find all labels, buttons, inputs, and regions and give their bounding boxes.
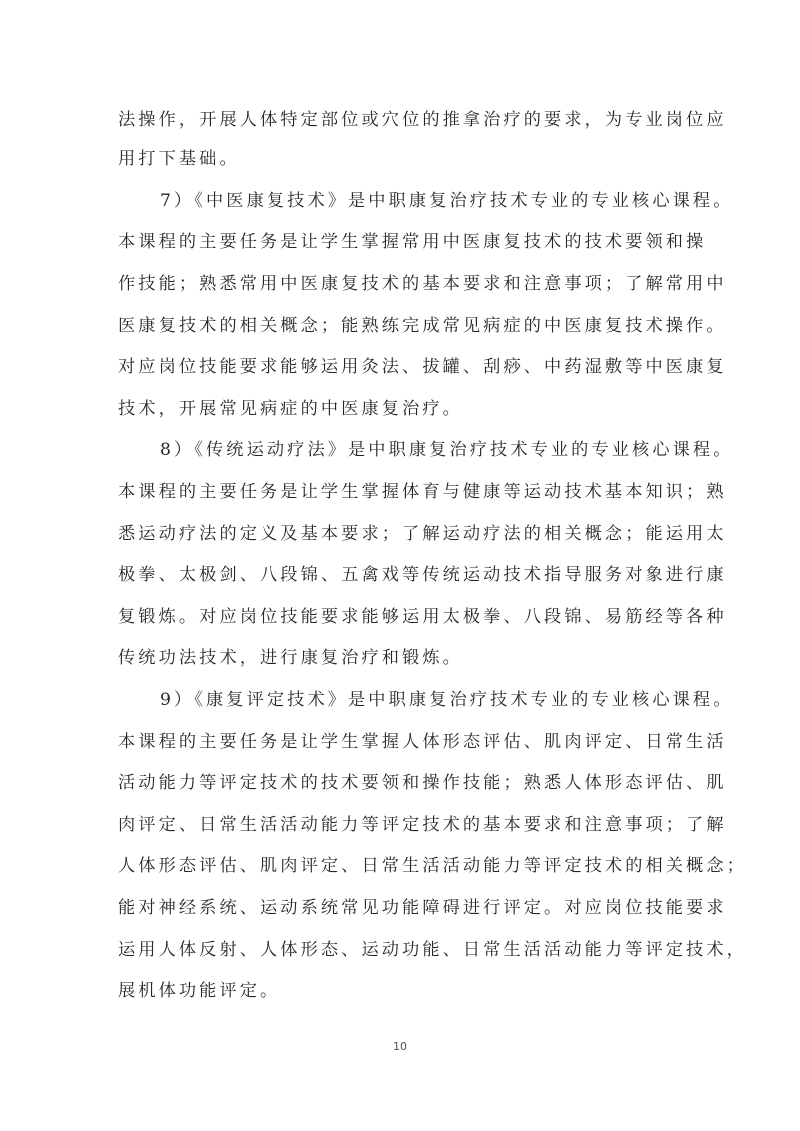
text-line: 复锻炼。对应岗位技能要求能够运用太极拳、八段锦、易筋经等各种	[118, 607, 698, 627]
text-line: 传统功法技术，进行康复治疗和锻炼。	[118, 648, 698, 668]
text-line: 技术，开展常见病症的中医康复治疗。	[118, 399, 698, 419]
text-line: 对应岗位技能要求能够运用灸法、拔罐、刮痧、中药湿敷等中医康复	[118, 357, 698, 377]
text-line: 9）《康复评定技术》是中职康复治疗技术专业的专业核心课程。	[160, 690, 740, 710]
text-line: 本课程的主要任务是让学生掌握人体形态评估、肌肉评定、日常生活	[118, 732, 698, 752]
text-line: 本课程的主要任务是让学生掌握常用中医康复技术的技术要领和操	[118, 232, 698, 252]
document-page: 法操作，开展人体特定部位或穴位的推拿治疗的要求，为专业岗位应 用打下基础。 7）…	[0, 0, 800, 1131]
text-line: 8）《传统运动疗法》是中职康复治疗技术专业的专业核心课程。	[160, 440, 740, 460]
text-line: 肉评定、日常生活活动能力等评定技术的基本要求和注意事项；了解	[118, 815, 698, 835]
text-line: 活动能力等评定技术的技术要领和操作技能；熟悉人体形态评估、肌	[118, 773, 698, 793]
text-line: 本课程的主要任务是让学生掌握体育与健康等运动技术基本知识；熟	[118, 482, 698, 502]
text-line: 展机体功能评定。	[118, 981, 698, 1001]
text-line: 悉运动疗法的定义及基本要求；了解运动疗法的相关概念；能运用太	[118, 524, 698, 544]
text-line: 用打下基础。	[118, 149, 698, 169]
text-line: 人体形态评估、肌肉评定、日常生活活动能力等评定技术的相关概念；	[118, 856, 698, 876]
text-line: 法操作，开展人体特定部位或穴位的推拿治疗的要求，为专业岗位应	[118, 110, 698, 130]
text-line: 作技能；熟悉常用中医康复技术的基本要求和注意事项；了解常用中	[118, 274, 698, 294]
text-line: 极拳、太极剑、八段锦、五禽戏等传统运动技术指导服务对象进行康	[118, 565, 698, 585]
text-line: 7）《中医康复技术》是中职康复治疗技术专业的专业核心课程。	[160, 191, 740, 211]
text-line: 医康复技术的相关概念；能熟练完成常见病症的中医康复技术操作。	[118, 316, 698, 336]
text-line: 能对神经系统、运动系统常见功能障碍进行评定。对应岗位技能要求	[118, 898, 698, 918]
page-number: 10	[0, 1040, 800, 1053]
text-line: 运用人体反射、人体形态、运动功能、日常生活活动能力等评定技术，	[118, 940, 698, 960]
